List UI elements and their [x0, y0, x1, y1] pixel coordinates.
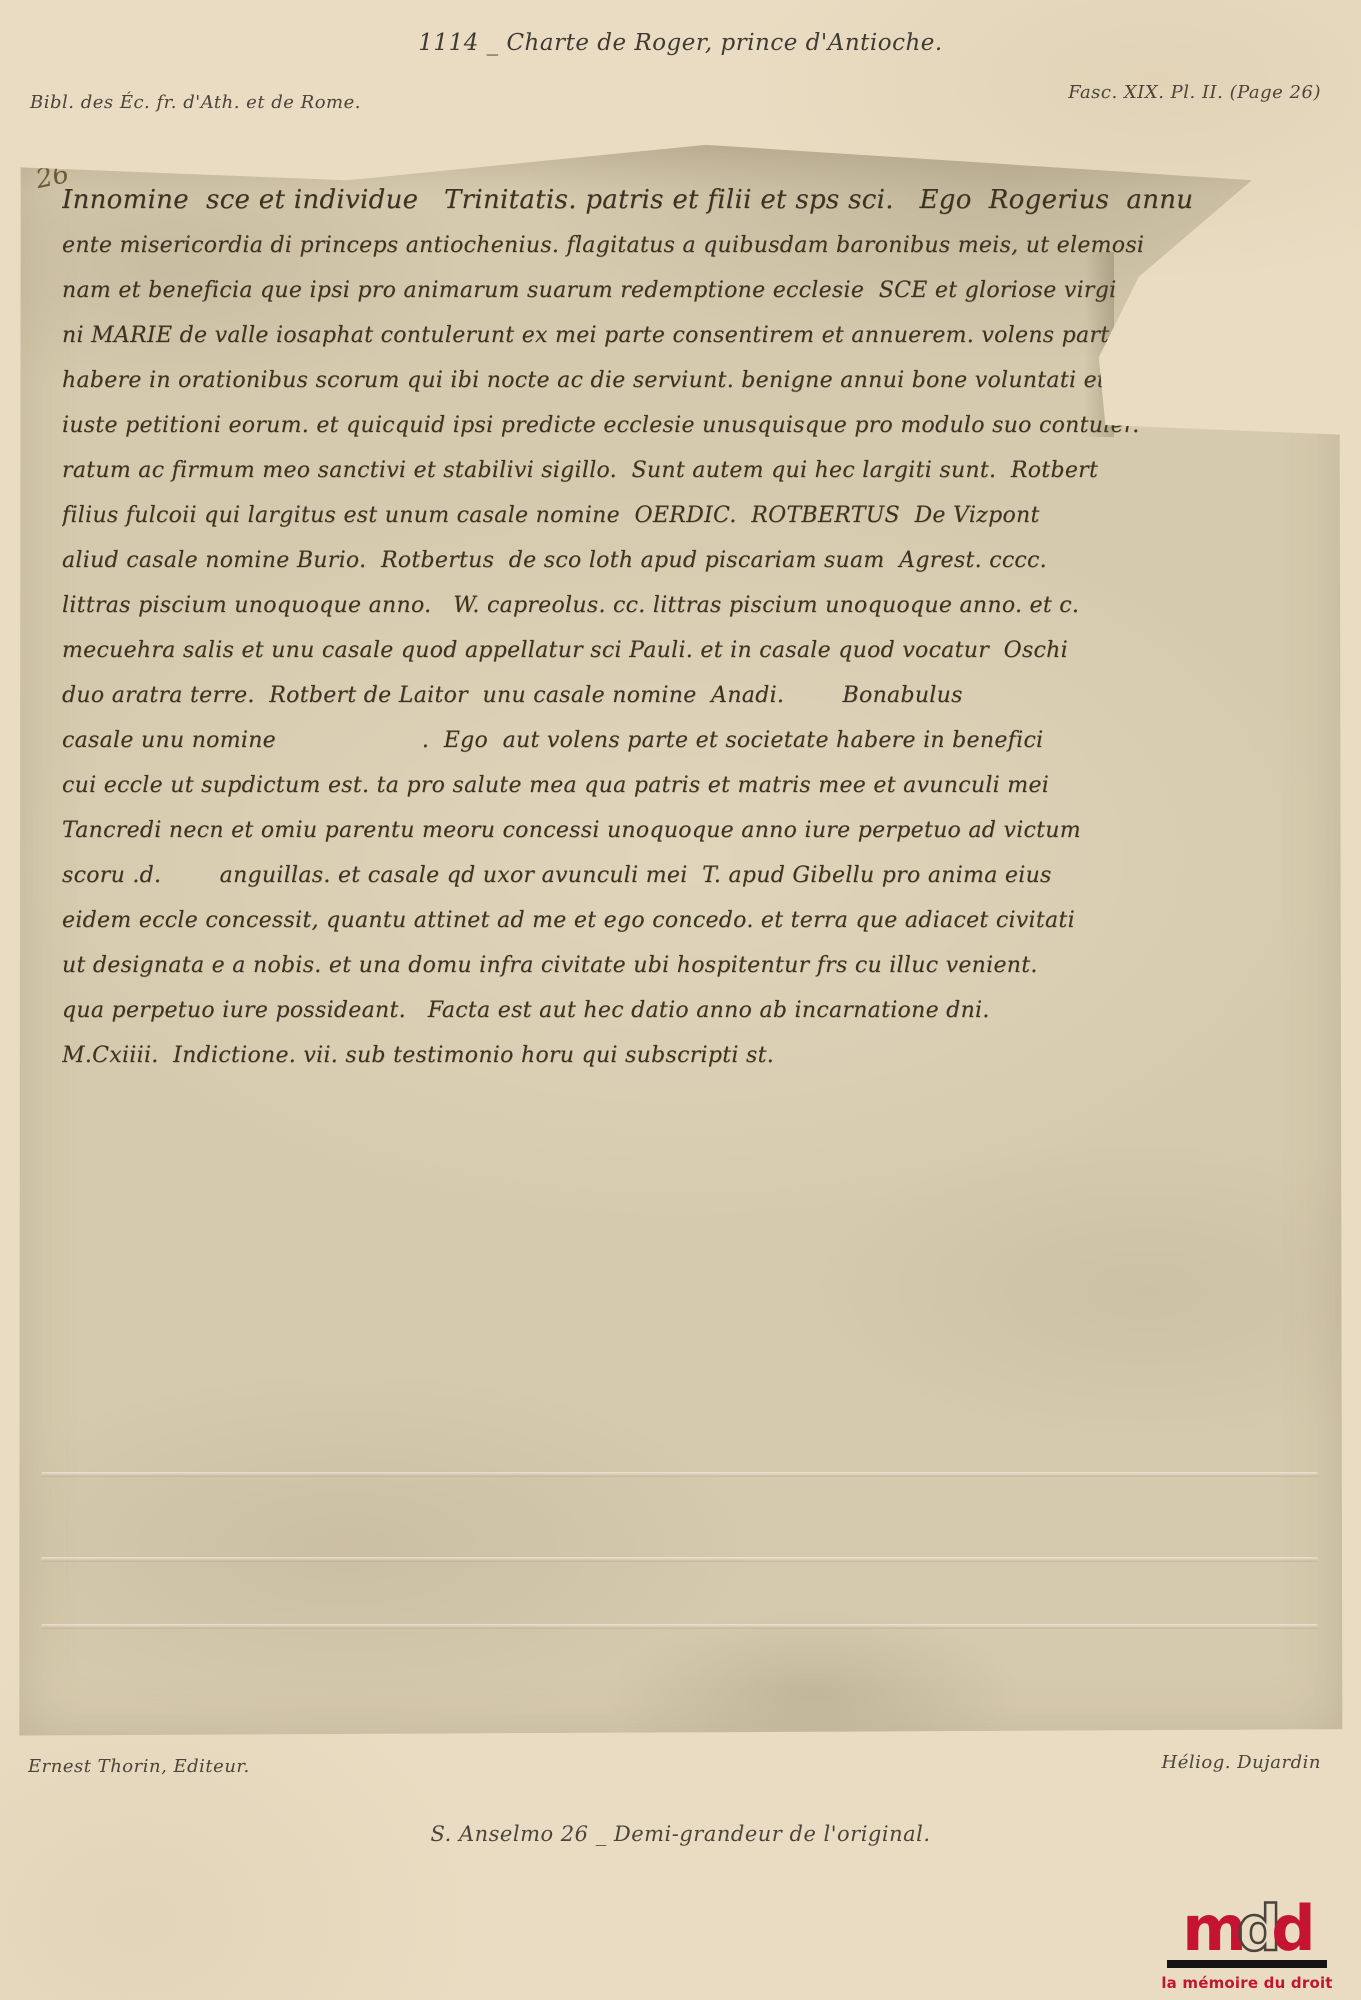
mdd-wordmark: mdd — [1182, 1900, 1311, 1958]
manuscript-line: littras piscium unoquoque anno. W. capre… — [62, 583, 1312, 628]
manuscript-line: nam et beneficia que ipsi pro animarum s… — [62, 268, 1312, 313]
fold-line — [41, 1557, 1319, 1562]
manuscript-line: casale unu nomine . Ego aut volens parte… — [62, 718, 1312, 763]
manuscript-line: scoru .d. anguillas. et casale qd uxor a… — [62, 853, 1312, 898]
facsimile-page: { "page": { "title": "1114 _ Charte de R… — [0, 0, 1361, 2000]
heliogravure-credit: Héliog. Dujardin — [1162, 1752, 1321, 1773]
manuscript-line: ni MARIE de valle iosaphat contulerunt e… — [62, 313, 1312, 358]
mdd-logo: mdd la mémoire du droit — [1147, 1900, 1347, 1992]
logo-letter-m: m — [1182, 1892, 1243, 1965]
logo-tagline: la mémoire du droit — [1147, 1974, 1347, 1992]
manuscript-line: mecuehra salis et unu casale quod appell… — [62, 628, 1312, 673]
manuscript-line: eidem eccle concessit, quantu attinet ad… — [62, 898, 1312, 943]
manuscript-line: ente misericordia di princeps antiocheni… — [62, 223, 1312, 268]
fold-line — [41, 1624, 1319, 1629]
manuscript-line: habere in orationibus scorum qui ibi noc… — [62, 358, 1312, 403]
manuscript-line: filius fulcoii qui largitus est unum cas… — [62, 493, 1312, 538]
manuscript-line: M.Cxiiii. Indictione. vii. sub testimoni… — [62, 1033, 1312, 1078]
manuscript-line: cui eccle ut supdictum est. ta pro salut… — [62, 763, 1312, 808]
page-title: 1114 _ Charte de Roger, prince d'Antioch… — [0, 30, 1361, 56]
fold-line — [41, 1472, 1319, 1477]
manuscript-line: iuste petitioni eorum. et quicquid ipsi … — [62, 403, 1312, 448]
parchment-plate: 26 Innomine sce et individue Trinitatis.… — [14, 132, 1345, 1742]
manuscript-line: ratum ac firmum meo sanctivi et stabiliv… — [62, 448, 1312, 493]
manuscript-line: aliud casale nomine Burio. Rotbertus de … — [62, 538, 1312, 583]
library-caption: Bibl. des Éc. fr. d'Ath. et de Rome. — [30, 92, 361, 113]
manuscript-line: ut designata e a nobis. et una domu infr… — [62, 943, 1312, 988]
fascicle-caption: Fasc. XIX. Pl. II. (Page 26) — [1068, 82, 1321, 103]
manuscript-text: Innomine sce et individue Trinitatis. pa… — [62, 178, 1312, 1078]
manuscript-line: qua perpetuo iure possideant. Facta est … — [62, 988, 1312, 1033]
manuscript-line: duo aratra terre. Rotbert de Laitor unu … — [62, 673, 1312, 718]
logo-letter-d: d — [1271, 1892, 1311, 1965]
publisher-credit: Ernest Thorin, Editeur. — [28, 1756, 250, 1777]
manuscript-line: Innomine sce et individue Trinitatis. pa… — [62, 178, 1312, 223]
plate-caption: S. Anselmo 26 _ Demi-grandeur de l'origi… — [0, 1822, 1361, 1846]
manuscript-line: Tancredi necn et omiu parentu meoru conc… — [62, 808, 1312, 853]
